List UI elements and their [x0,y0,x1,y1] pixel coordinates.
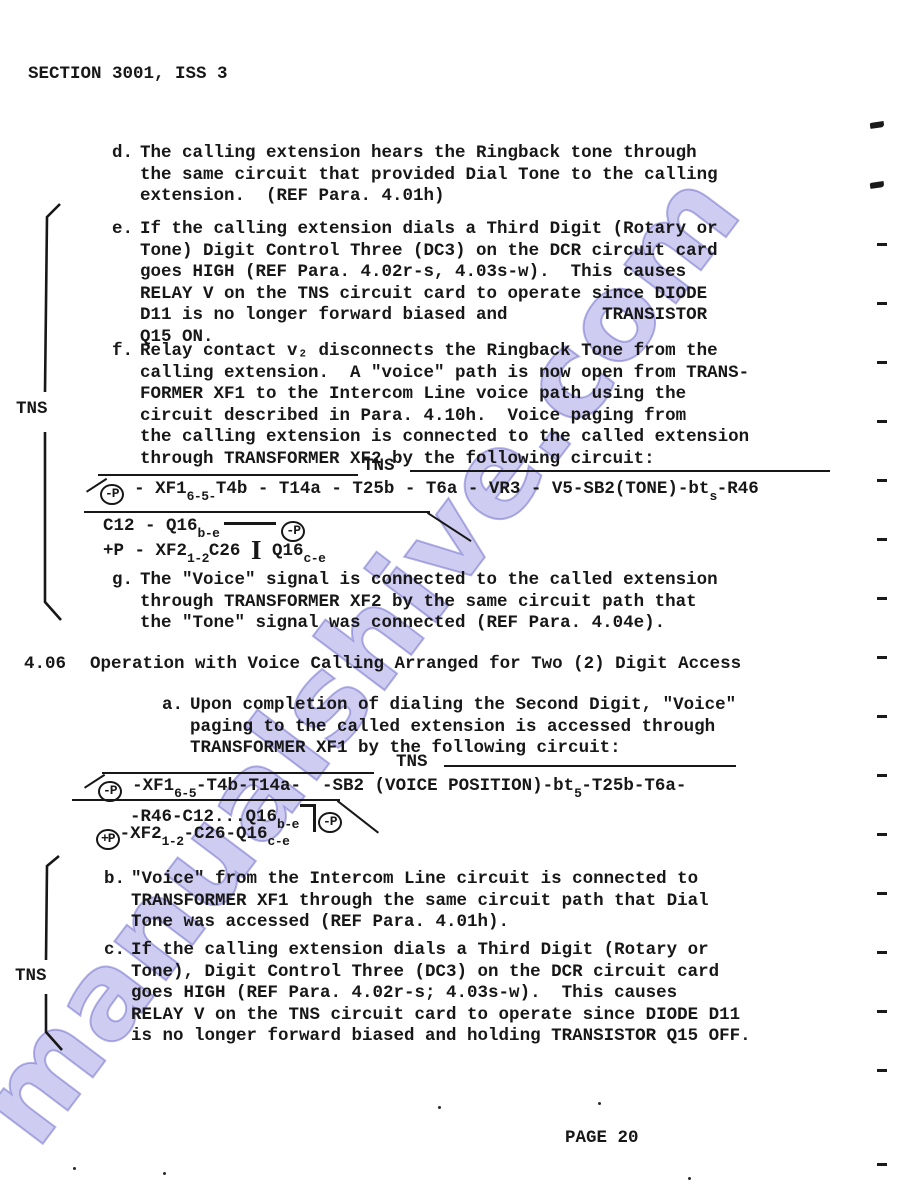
diagram-segment: -R46 [717,479,759,499]
scan-speck [688,1177,691,1180]
scan-mark [870,121,885,129]
scan-mark [877,420,887,423]
tns-bracket-lower [14,848,84,1053]
scan-mark [870,181,885,189]
scan-mark [877,1163,887,1166]
diagram-segment: 1-2 [162,834,184,849]
diagram-segment: C26 [209,541,251,561]
section-number: 4.06 [24,654,66,676]
diagram-segment [224,522,276,525]
diagram-segment: 6-5- [187,489,216,504]
paragraph-e-text: If the calling extension dials a Third D… [140,219,718,348]
diagram-segment: +P - XF2 [103,541,187,561]
diagram-segment: 1-2 [187,551,209,566]
diagram-segment: - XF1 [124,479,187,499]
paragraph-f-label: f. [112,341,133,363]
diagram-segment: T4b - T14a - T25b - T6a - VR3 - V5-SB2(T… [216,479,710,499]
paragraph-d-text: The calling extension hears the Ringback… [140,143,718,208]
diagram2-overline-right [444,765,736,767]
diagram2-row-3: +P-XF21-2-C26-Q16c-e [96,824,289,852]
page-number: PAGE 20 [565,1128,639,1150]
paragraph-c-label: c. [104,940,125,962]
page-header: SECTION 3001, ISS 3 [28,64,228,86]
scan-mark [877,656,887,659]
scan-mark [877,715,887,718]
diagram1-midrule [84,511,430,513]
diagram-segment: c-e [303,551,325,566]
scan-mark [877,538,887,541]
diagram2-midrule [72,799,340,801]
section-title: Operation with Voice Calling Arranged fo… [90,654,741,676]
diagram2-overline-left [102,772,374,774]
paragraph-b-text: "Voice" from the Intercom Line circuit i… [131,869,709,934]
diagram-segment: c-e [268,834,290,849]
paragraph-d-label: d. [112,143,133,165]
diagram2-tns-label: TNS [396,752,428,774]
scan-mark [877,1069,887,1072]
diagram-segment: -XF1 [122,776,175,796]
scan-mark [877,892,887,895]
paragraph-g-text: The "Voice" signal is connected to the c… [140,570,718,635]
diagram1-tns-label: TNS [363,456,395,478]
diagram1-overline-right [410,470,830,472]
diagram-segment: b-e [198,526,220,541]
diagram-segment: -P [281,521,305,542]
diagram-segment: -T25b-T6a- [581,776,686,796]
diagram1-overline-left [98,474,358,476]
diagram1-row-3: +P - XF21-2C26 I Q16c-e [103,541,325,569]
paragraph-g-label: g. [112,570,133,592]
scan-mark [877,243,887,246]
diagram-segment: Q16 [261,541,303,561]
diagram-segment: C12 - Q16 [103,516,198,536]
scan-mark [877,597,887,600]
diagram-segment: I [251,535,262,565]
paragraph-f-text: Relay contact v₂ disconnects the Ringbac… [140,341,749,470]
diagram-segment: -C26-Q16 [184,824,268,844]
diagram1-row-1: -P - XF16-5-T4b - T14a - T25b - T6a - VR… [100,479,759,507]
scan-mark [877,302,887,305]
diagram1-row-2: C12 - Q16b-e-P [103,516,305,544]
scan-speck [163,1172,166,1175]
scan-mark [877,951,887,954]
paragraph-a-label: a. [162,695,183,717]
diagram2-end-tick [337,800,379,834]
scanned-manual-page: manualshive.com SECTION 3001, ISS 3 TNS … [0,0,918,1188]
paragraph-b-label: b. [104,869,125,891]
diagram-segment: -P [100,484,124,505]
scan-mark [877,833,887,836]
diagram-segment: +P [96,829,120,850]
scan-mark [877,774,887,777]
scan-mark [877,1010,887,1013]
tns-side-label-lower: TNS [15,966,47,988]
paragraph-a-text: Upon completion of dialing the Second Di… [190,695,736,760]
scan-speck [598,1102,601,1105]
diagram-segment: -P [318,812,342,833]
scan-speck [73,1167,76,1170]
diagram-segment: -T4b-T14a- -SB2 (VOICE POSITION)-bt [196,776,574,796]
paragraph-e-label: e. [112,219,133,241]
diagram-segment [300,804,316,832]
scan-mark [877,361,887,364]
paragraph-c-text: If the calling extension dials a Third D… [131,940,751,1048]
scan-mark [877,479,887,482]
tns-side-label-upper: TNS [16,399,48,421]
diagram-segment: s [709,489,716,504]
diagram-segment: -XF2 [120,824,162,844]
scan-speck [438,1106,441,1109]
